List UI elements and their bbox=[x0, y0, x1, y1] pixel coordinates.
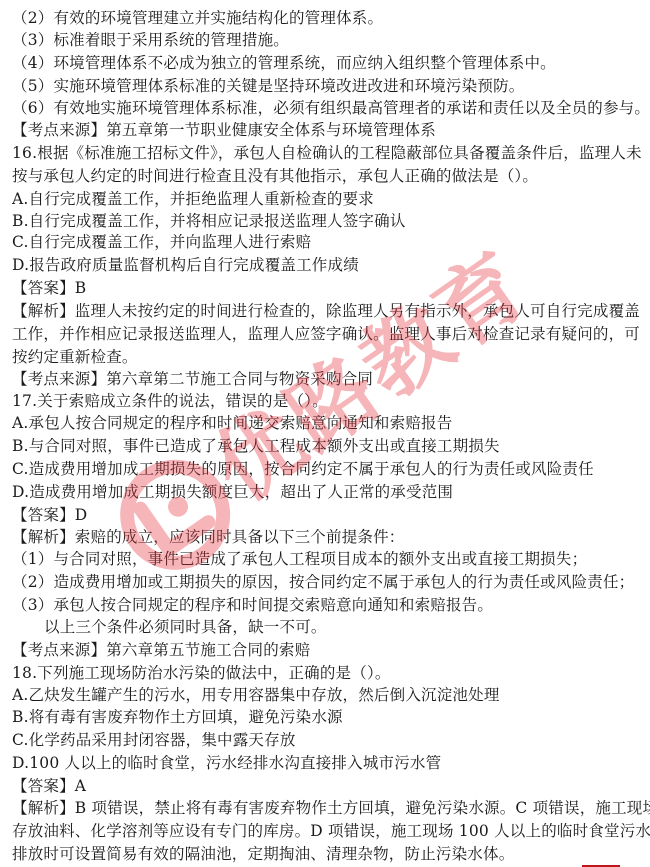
text-line: （6）有效地实施环境管理体系标准，必须有组织最高管理者的承诺和责任以及全员的参与… bbox=[12, 98, 650, 118]
text-line: 【考点来源】第六章第五节施工合同的索赔 bbox=[12, 640, 310, 660]
text-line: C.自行完成覆盖工作，并向监理人进行索赔 bbox=[12, 232, 311, 252]
text-line: （2）造成费用增加或工期损失的原因，按合同约定不属于承包人的行为责任或风险责任； bbox=[12, 572, 634, 592]
text-line: （4）环境管理体系不必成为独立的管理系统，而应纳入组织整个管理体系中。 bbox=[12, 53, 556, 73]
text-line: D.造成费用增加成工期损失额度巨大，超出了人正常的承受范围 bbox=[12, 482, 453, 502]
text-line: 按与承包人约定的时间进行检查且没有其他指示，承包人正确的做法是（）。 bbox=[12, 166, 538, 186]
text-line: D.报告政府质量监督机构后自行完成覆盖工作成绩 bbox=[12, 255, 359, 275]
text-line: D.100 人以上的临时食堂，污水经排水沟直接排入城市污水管 bbox=[12, 753, 441, 773]
text-line: 【解析】B 项错误，禁止将有毒有害废弃物作土方回填，避免污染水源。C 项错误，施… bbox=[12, 798, 650, 818]
text-line: （1）与合同对照，事件已造成了承包人工程项目成本的额外支出或直接工期损失； bbox=[12, 549, 587, 569]
text-line: B.自行完成覆盖工作，并将相应记录报送监理人签字确认 bbox=[12, 211, 406, 231]
text-line: 【解析】监理人未按约定的时间进行检查的，除监理人另有指示外，承包人可自行完成覆盖 bbox=[12, 301, 640, 321]
text-line: 【考点来源】第五章第一节职业健康安全体系与环境管理体系 bbox=[12, 120, 436, 140]
text-line: 工作，并作相应记录报送监理人，监理人应签字确认。监理人事后对检查记录有疑问的，可 bbox=[12, 324, 640, 344]
text-line: A.自行完成覆盖工作，并拒绝监理人重新检查的要求 bbox=[12, 189, 374, 209]
document-page: 优路教育 （2）有效的环境管理建立并实施结构化的管理体系。（3）标准着眼于采用系… bbox=[0, 0, 650, 867]
text-line: 【答案】D bbox=[12, 505, 87, 525]
text-line: （3）标准着眼于采用系统的管理措施。 bbox=[12, 30, 289, 50]
text-line: 按约定重新检查。 bbox=[12, 347, 138, 367]
text-line: 18.下列施工现场防治水污染的做法中，正确的是（）。 bbox=[12, 663, 391, 683]
text-line: （3）承包人按合同规定的程序和时间提交索赔意向通知和索赔报告。 bbox=[12, 595, 493, 615]
text-line: 排放时可设置简易有效的隔油池，定期掏油、清理杂物，防止污染水体。 bbox=[12, 844, 514, 864]
text-line: 16.根据《标准施工招标文件》，承包人自检确认的工程隐蔽部位具备覆盖条件后，监理… bbox=[12, 143, 642, 163]
text-line: （5）实施环境管理体系标准的关键是坚持环境改进改进和环境污染预防。 bbox=[12, 76, 524, 96]
text-line: A.乙炔发生罐产生的污水，用专用容器集中存放，然后倒入沉淀池处理 bbox=[12, 685, 500, 705]
text-line: 以上三个条件必须同时具备，缺一不可。 bbox=[44, 617, 327, 637]
text-line: C.化学药品采用封闭容器，集中露天存放 bbox=[12, 730, 296, 750]
text-line: 【答案】A bbox=[12, 776, 86, 796]
text-line: B.与合同对照，事件已造成了承包人工程成本额外支出或直接工期损失 bbox=[12, 436, 500, 456]
text-line: 存放油料、化学溶剂等应设有专门的库房。D 项错误，施工现场 100 人以上的临时… bbox=[12, 821, 650, 841]
text-line: A.承包人按合同规定的程序和时间递交索赔意向通知和索赔报告 bbox=[12, 413, 452, 433]
text-line: C.造成费用增加成工期损失的原因，按合同约定不属于承包人的行为责任或风险责任 bbox=[12, 459, 594, 479]
text-line: 17.关于索赔成立条件的说法，错误的是（）。 bbox=[12, 391, 328, 411]
text-line: 【考点来源】第六章第二节施工合同与物资采购合同 bbox=[12, 369, 373, 389]
text-line: B.将有毒有害废弃物作土方回填，避免污染水源 bbox=[12, 707, 343, 727]
text-line: （2）有效的环境管理建立并实施结构化的管理体系。 bbox=[12, 8, 383, 28]
text-line: 【答案】B bbox=[12, 278, 86, 298]
text-line: 【解析】索赔的成立，应该同时具备以下三个前提条件： bbox=[12, 527, 405, 547]
